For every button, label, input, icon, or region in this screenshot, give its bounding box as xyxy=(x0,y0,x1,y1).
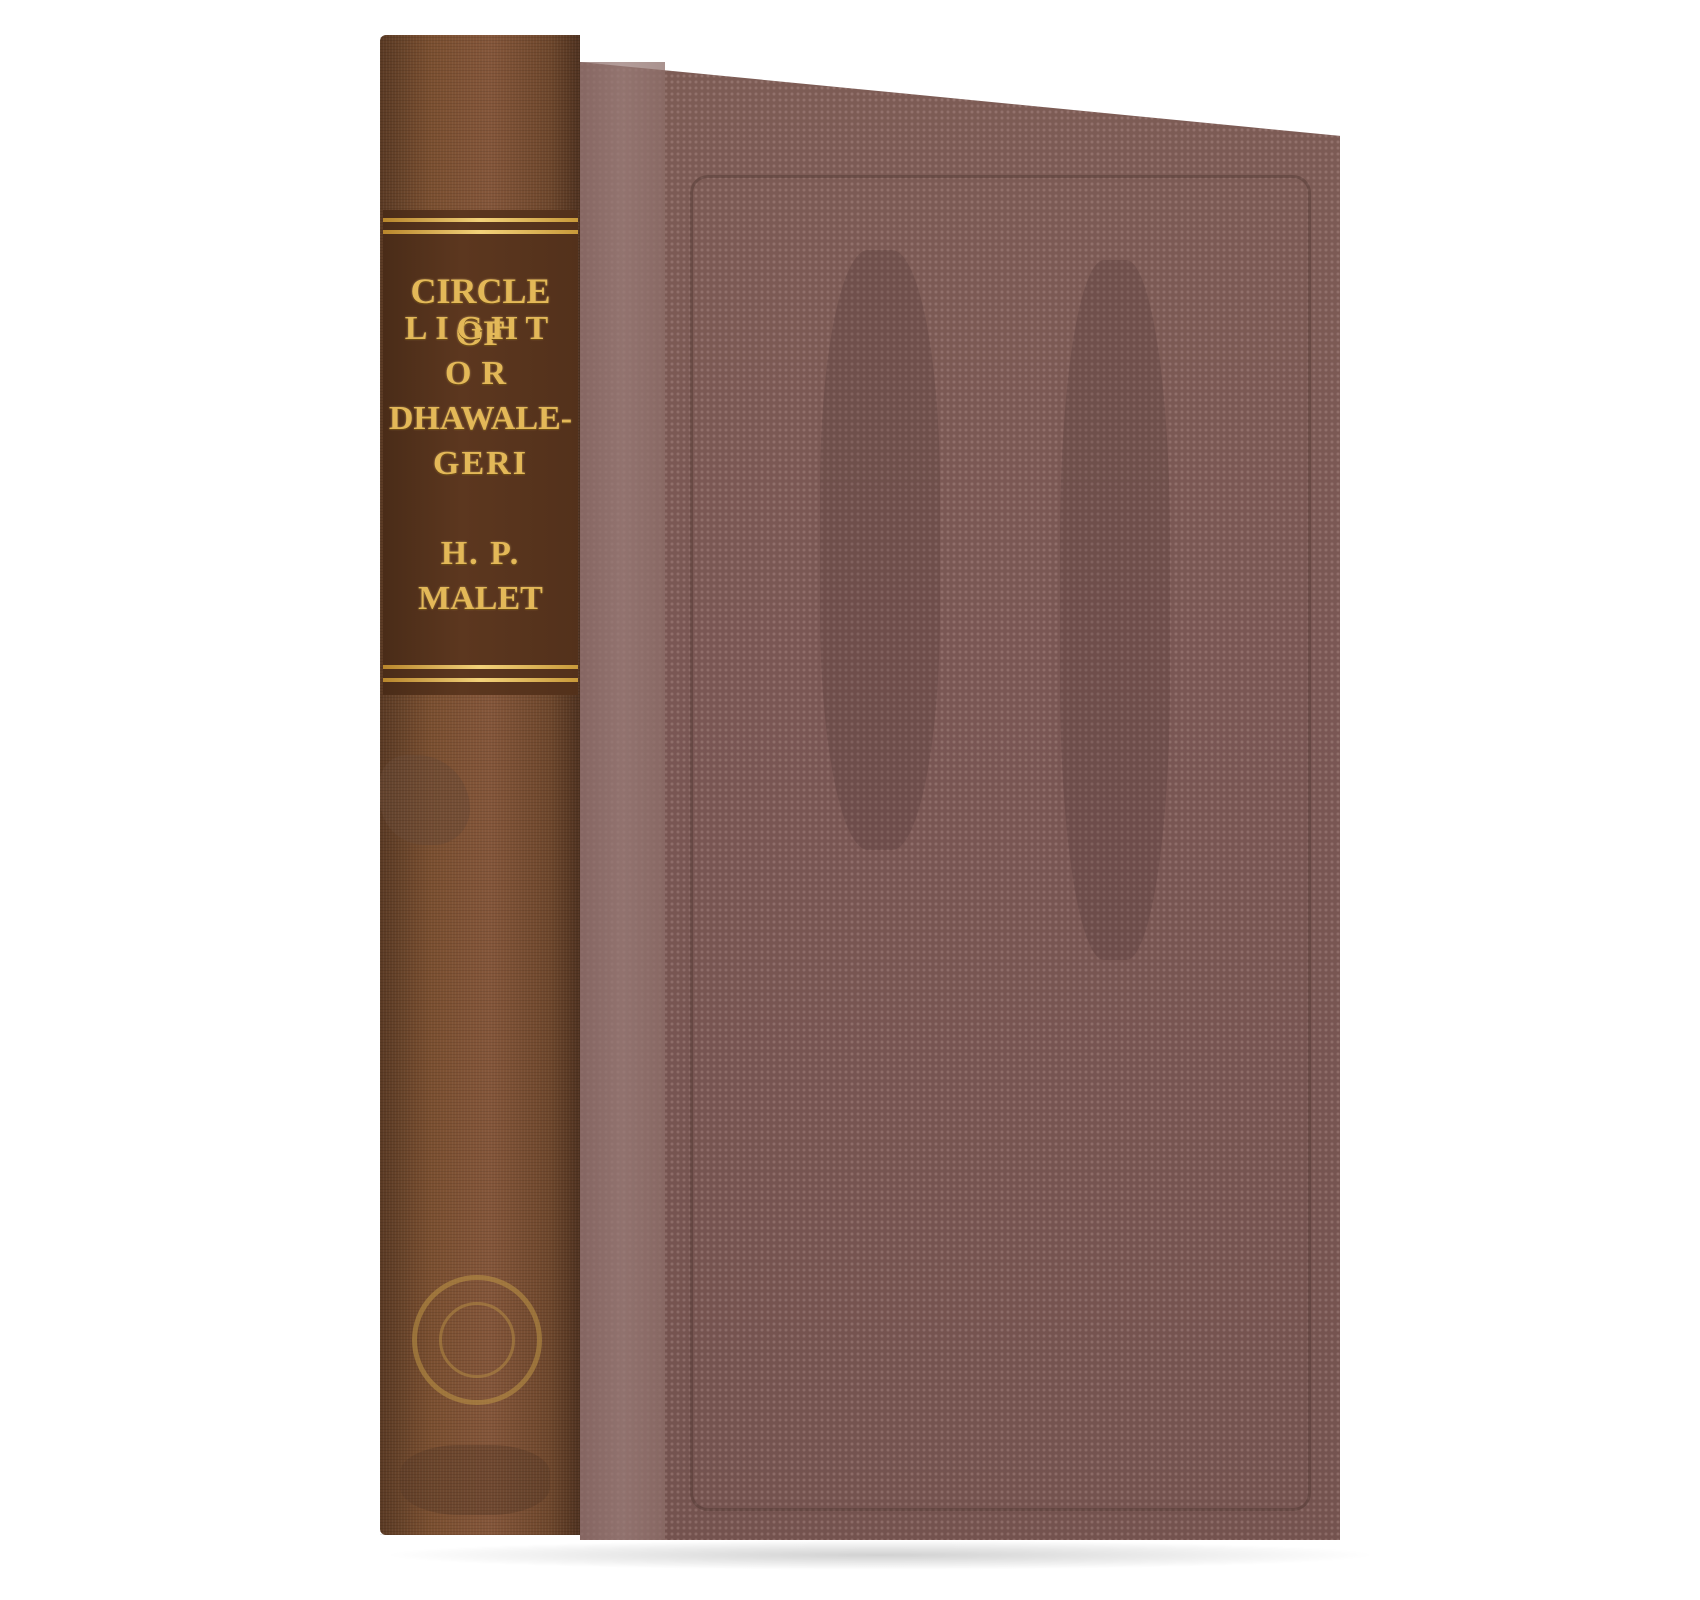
book-shadow xyxy=(380,1540,1380,1570)
cover-joint xyxy=(580,62,665,1540)
spine-title-line: OR xyxy=(383,355,578,393)
spine-title-line: LIGHT xyxy=(383,310,578,348)
cover-stain xyxy=(820,250,940,850)
gilt-rule xyxy=(383,678,578,682)
gilt-rule xyxy=(383,218,578,222)
cover-stain xyxy=(1060,260,1170,960)
gilt-rule xyxy=(383,230,578,234)
gilt-rule xyxy=(383,665,578,669)
spine-wear xyxy=(380,755,470,845)
blind-stamped-border xyxy=(690,175,1311,1511)
spine-title-line: GERI xyxy=(383,445,578,483)
spine-label: CIRCLE OF LIGHT OR DHAWALE- GERI H. P. M… xyxy=(383,210,578,695)
library-stamp-icon xyxy=(412,1275,542,1405)
book-photo: CIRCLE OF LIGHT OR DHAWALE- GERI H. P. M… xyxy=(0,0,1700,1600)
spine-wear xyxy=(400,1445,550,1515)
spine-author-line: MALET xyxy=(383,580,578,618)
spine-title-line: DHAWALE- xyxy=(383,400,578,438)
spine-author-line: H. P. xyxy=(383,535,578,573)
